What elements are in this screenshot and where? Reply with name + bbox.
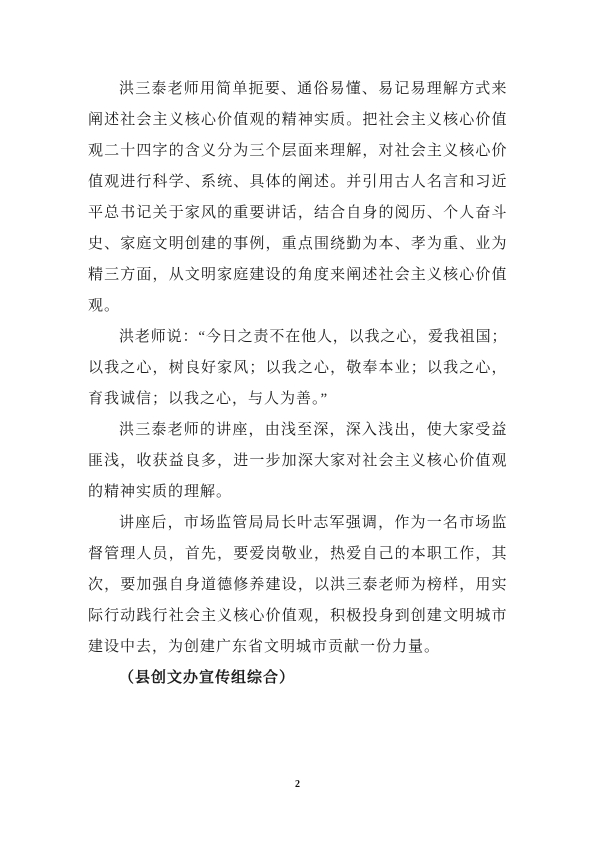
text-line: 值观进行科学、系统、具体的阐述。并引用古人名言和习近: [88, 167, 507, 198]
text-line: 精三方面，从文明家庭建设的角度来阐述社会主义核心价值: [88, 260, 507, 291]
document-page: 洪三泰老师用简单扼要、通俗易懂、易记易理解方式来阐述社会主义核心价值观的精神实质…: [0, 0, 595, 842]
page-footer: 2: [0, 774, 595, 792]
text-line: 洪老师说：“今日之责不在他人，以我之心，爱我祖国；: [88, 322, 507, 353]
document-body: 洪三泰老师用简单扼要、通俗易懂、易记易理解方式来阐述社会主义核心价值观的精神实质…: [88, 74, 507, 694]
text-line: 观。: [88, 291, 507, 322]
text-line: 以我之心，树良好家风；以我之心，敬奉本业；以我之心，: [88, 353, 507, 384]
page-number: 2: [295, 779, 300, 790]
text-line: 次，要加强自身道德修养建设，以洪三泰老师为榜样，用实: [88, 570, 507, 601]
text-line: 观二十四字的含义分为三个层面来理解，对社会主义核心价: [88, 136, 507, 167]
text-line: 平总书记关于家风的重要讲话，结合自身的阅历、个人奋斗: [88, 198, 507, 229]
text-line: 匪浅，收获益良多，进一步加深大家对社会主义核心价值观: [88, 446, 507, 477]
text-line: 讲座后，市场监管局局长叶志军强调，作为一名市场监: [88, 508, 507, 539]
paragraph: 洪三泰老师用简单扼要、通俗易懂、易记易理解方式来阐述社会主义核心价值观的精神实质…: [88, 74, 507, 322]
paragraph: 洪老师说：“今日之责不在他人，以我之心，爱我祖国；以我之心，树良好家风；以我之心…: [88, 322, 507, 415]
text-line: 洪三泰老师用简单扼要、通俗易懂、易记易理解方式来: [88, 74, 507, 105]
signature-paragraph: （县创文办宣传组综合）: [88, 663, 507, 694]
text-line: 际行动践行社会主义核心价值观，积极投身到创建文明城市: [88, 601, 507, 632]
text-line: 建设中去，为创建广东省文明城市贡献一份力量。: [88, 632, 507, 663]
text-line: 育我诚信；以我之心，与人为善。”: [88, 384, 507, 415]
text-line: 督管理人员，首先，要爱岗敬业，热爱自己的本职工作，其: [88, 539, 507, 570]
text-line: 史、家庭文明创建的事例，重点围绕勤为本、孝为重、业为: [88, 229, 507, 260]
paragraph: 洪三泰老师的讲座，由浅至深，深入浅出，使大家受益匪浅，收获益良多，进一步加深大家…: [88, 415, 507, 508]
text-line: 的精神实质的理解。: [88, 477, 507, 508]
text-line: 洪三泰老师的讲座，由浅至深，深入浅出，使大家受益: [88, 415, 507, 446]
text-line: （县创文办宣传组综合）: [88, 663, 507, 694]
text-line: 阐述社会主义核心价值观的精神实质。把社会主义核心价值: [88, 105, 507, 136]
paragraph: 讲座后，市场监管局局长叶志军强调，作为一名市场监督管理人员，首先，要爱岗敬业，热…: [88, 508, 507, 663]
